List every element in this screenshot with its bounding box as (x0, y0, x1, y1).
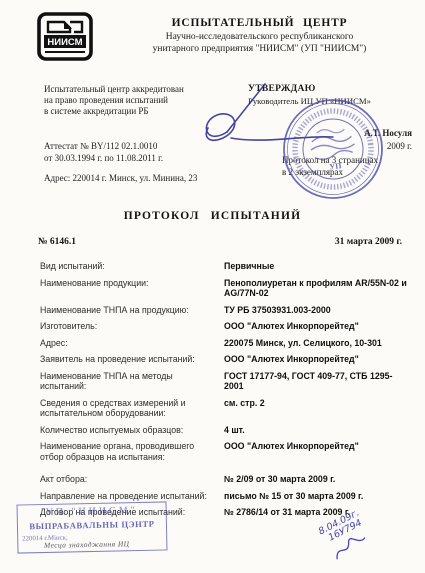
field-value: письмо № 15 от 30 марта 2009 г. (224, 491, 411, 502)
round-stamp-center-text: УП (329, 161, 343, 172)
field-label: Адрес: (40, 338, 224, 349)
field-row: Вид испытаний:Первичные (40, 261, 411, 272)
protocol-date: 31 марта 2009 г. (335, 237, 402, 247)
field-value: ООО "Алютех Инкорпорейтед" (224, 354, 411, 365)
fields-list: Вид испытаний:Первичные Наименование про… (40, 261, 411, 524)
field-value: 4 шт. (224, 425, 411, 436)
field-row: Сведения о средствах измерений и испытат… (40, 398, 411, 419)
niism-logo: НИИСМ (36, 11, 94, 63)
field-value: ООО "Алютех Инкорпорейтед" (224, 321, 411, 332)
field-value: Пенополиуретан к профилям AR/55N-02 и AG… (224, 278, 411, 299)
field-row: Направление на проведение испытаний:пись… (40, 491, 411, 502)
field-value: № 2786/14 от 31 марта 2009 г. (224, 507, 411, 518)
rect-stamp-line1: УП "НИИСМ" (18, 504, 166, 518)
field-label: Изготовитель: (40, 321, 224, 332)
field-value: ГОСТ 17177-94, ГОСТ 409-77, СТБ 1295-200… (224, 371, 411, 392)
field-label: Количество испытуемых образцов: (40, 425, 224, 436)
org-subtitle-line2: унитарного предприятия "НИИСМ" (УП "НИИС… (104, 44, 415, 56)
rect-stamp-line2: ВЫПРАБАВАЛЬНЫ ЦЭНТР (18, 518, 166, 531)
round-seal-stamp: УП (274, 90, 391, 207)
field-label: Наименование ТНПА на методы испытаний: (40, 371, 224, 392)
field-label: Наименование ТНПА на продукцию: (40, 305, 224, 316)
field-row: Наименование ТНПА на продукцию:ТУ РБ 375… (40, 305, 411, 316)
field-row: Адрес:220075 Минск, ул. Селицкого, 10-30… (40, 338, 411, 349)
field-label: Сведения о средствах измерений и испытат… (40, 398, 224, 419)
field-row: Заявитель на проведение испытаний:ООО "А… (40, 354, 411, 365)
field-value: ТУ РБ 37503931.003-2000 (224, 305, 411, 316)
field-row: Акт отбора:№ 2/09 от 30 марта 2009 г. (40, 474, 411, 485)
field-value: 220075 Минск, ул. Селицкого, 10-301 (224, 338, 411, 349)
protocol-number-row: № 6146.1 31 марта 2009 г. (38, 237, 402, 247)
field-label: Акт отбора: (40, 474, 224, 485)
field-label: Направление на проведение испытаний: (40, 491, 224, 502)
stamp-overlay-text: Месца знаходжання ИЦ (44, 539, 130, 549)
protocol-number: № 6146.1 (38, 237, 76, 247)
org-title: ИСПЫТАТЕЛЬНЫЙ ЦЕНТР (104, 17, 415, 29)
field-value: Первичные (224, 261, 411, 272)
field-label: Наименование органа, проводившего отбор … (40, 441, 224, 462)
field-row: Наименование ТНПА на методы испытаний:ГО… (40, 371, 411, 392)
field-label: Заявитель на проведение испытаний: (40, 354, 224, 365)
field-label: Вид испытаний: (40, 261, 224, 272)
protocol-page: НИИСМ ИСПЫТАТЕЛЬНЫЙ ЦЕНТР Научно-исследо… (0, 0, 425, 573)
org-subtitle-line1: Научно-исследовательского республиканско… (104, 32, 415, 44)
protocol-title: ПРОТОКОЛ ИСПЫТАНИЙ (0, 210, 425, 222)
field-row: Наименование органа, проводившего отбор … (40, 441, 411, 462)
field-value: № 2/09 от 30 марта 2009 г. (224, 474, 411, 485)
logo-text: НИИСМ (47, 37, 82, 48)
field-label: Наименование продукции: (40, 278, 224, 299)
org-header: ИСПЫТАТЕЛЬНЫЙ ЦЕНТР Научно-исследователь… (104, 17, 415, 55)
field-value: см. стр. 2 (224, 398, 411, 419)
field-row: Количество испытуемых образцов:4 шт. (40, 425, 411, 436)
field-value: ООО "Алютех Инкорпорейтед" (224, 441, 411, 462)
field-row: Наименование продукции:Пенополиуретан к … (40, 278, 411, 299)
field-row: Изготовитель:ООО "Алютех Инкорпорейтед" (40, 321, 411, 332)
center-address: Адрес: 220014 г. Минск, ул. Минина, 23 (44, 173, 274, 183)
